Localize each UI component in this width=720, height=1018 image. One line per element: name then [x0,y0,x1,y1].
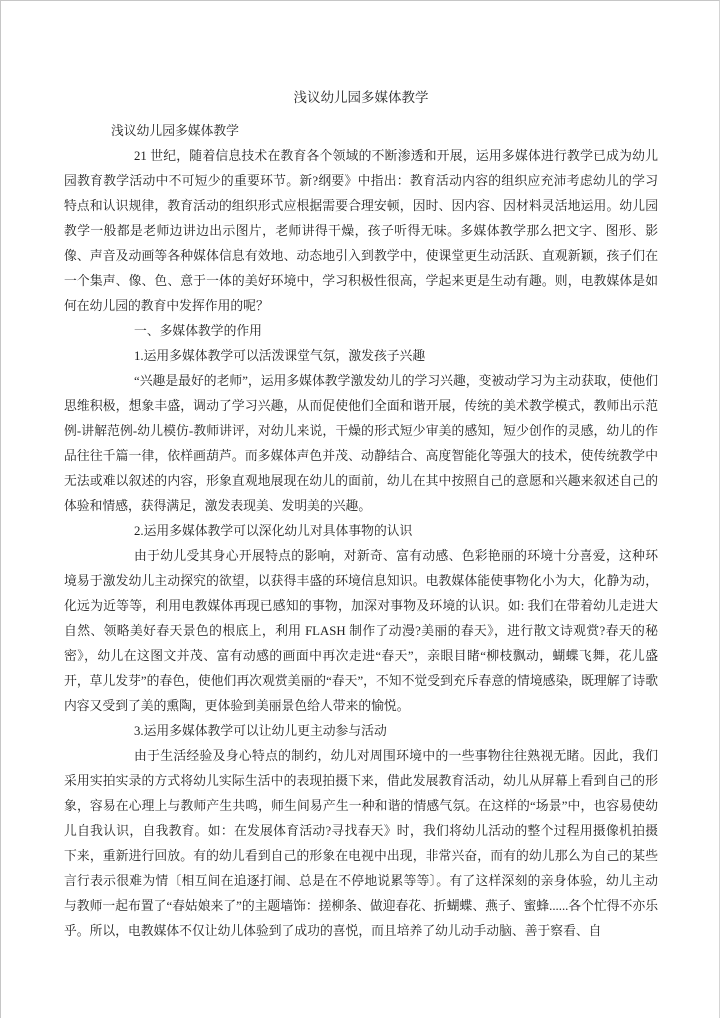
paragraph-body: “兴趣是最好的老师”，运用多媒体教学激发幼儿的学习兴趣，变被动学习为主动获取，使… [64,369,658,519]
document-body: 浅议幼儿园多媒体教学21 世纪，随着信息技术在教育各个领域的不断渗透和开展，运用… [64,119,658,944]
page-title: 浅议幼儿园多媒体教学 [64,85,658,110]
paragraph-heading: 一、多媒体教学的作用 [64,319,658,344]
paragraph-heading: 3.运用多媒体教学可以让幼儿更主动参与活动 [64,719,658,744]
paragraph-heading: 2.运用多媒体教学可以深化幼儿对具体事物的认识 [64,519,658,544]
paragraph-subtitle-line: 浅议幼儿园多媒体教学 [64,119,658,144]
document-content: 浅议幼儿园多媒体教学 浅议幼儿园多媒体教学21 世纪，随着信息技术在教育各个领域… [64,85,658,944]
paragraph-body: 由于幼儿受其身心开展特点的影响，对新奇、富有动感、色彩艳丽的环境十分喜爱，这种环… [64,544,658,719]
paragraph-body: 由于生活经验及身心特点的制约，幼儿对周围环境中的一些事物往往熟视无睹。因此，我们… [64,744,658,944]
document-page: 浅议幼儿园多媒体教学 浅议幼儿园多媒体教学21 世纪，随着信息技术在教育各个领域… [0,0,720,1018]
paragraph-heading: 1.运用多媒体教学可以活泼课堂气氛，激发孩子兴趣 [64,344,658,369]
paragraph-body: 21 世纪，随着信息技术在教育各个领域的不断渗透和开展，运用多媒体进行教学已成为… [64,144,658,319]
